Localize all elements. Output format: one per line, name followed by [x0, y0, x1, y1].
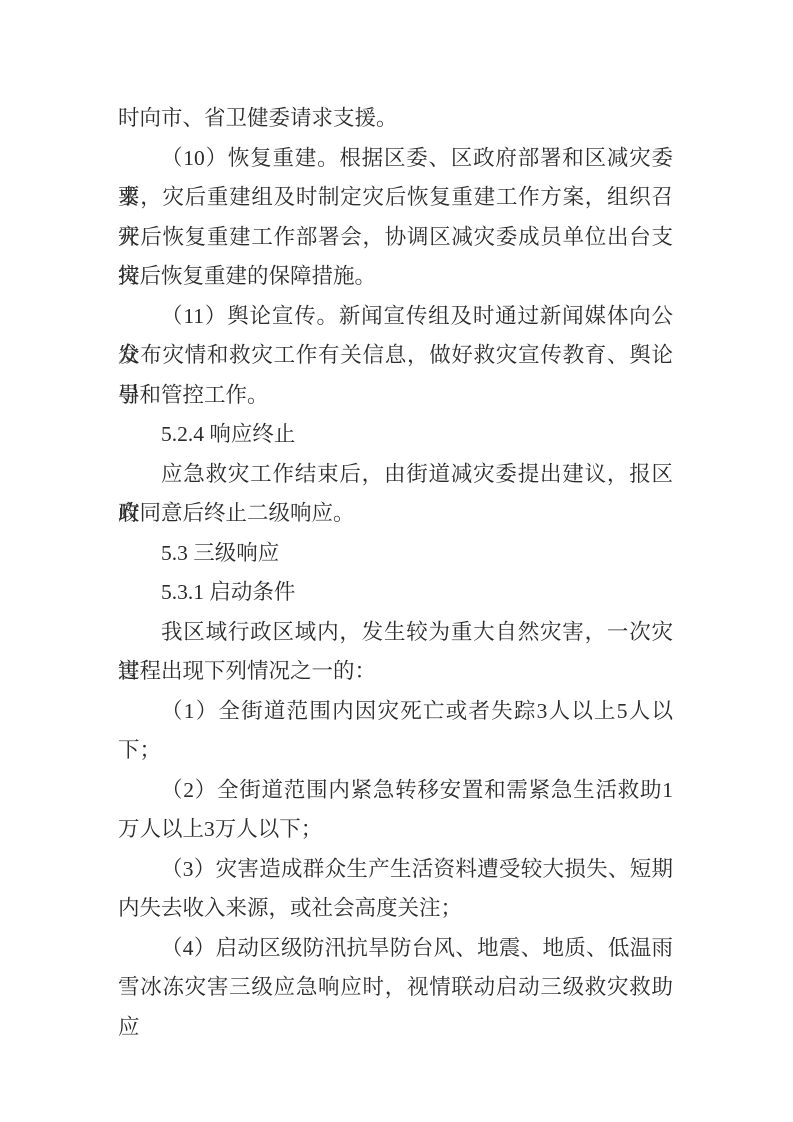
text-line: 过程出现下列情况之一的： — [118, 652, 673, 692]
text-line: （2）全街道范围内紧急转移安置和需紧急生活救助1 — [118, 771, 673, 811]
text-line: 5.3.1 启动条件 — [118, 573, 673, 613]
text-line: 灾后恢复重建的保障措施。 — [118, 257, 673, 297]
text-line: 府同意后终止二级响应。 — [118, 494, 673, 534]
text-line: 5.2.4 响应终止 — [118, 415, 673, 455]
text-line: 应急救灾工作结束后，由街道减灾委提出建议，报区政 — [118, 455, 673, 495]
text-line: 发布灾情和救灾工作有关信息，做好救灾宣传教育、舆论引 — [118, 336, 673, 376]
text-line: （11）舆论宣传。新闻宣传组及时通过新闻媒体向公众 — [118, 297, 673, 337]
document-text-block: 时向市、省卫健委请求支援。（10）恢复重建。根据区委、区政府部署和区减灾委要求，… — [118, 99, 673, 1008]
text-line: 下； — [118, 731, 673, 771]
text-line: 我区域行政区域内，发生较为重大自然灾害，一次灾害 — [118, 613, 673, 653]
document-page: 时向市、省卫健委请求支援。（10）恢复重建。根据区委、区政府部署和区减灾委要求，… — [0, 0, 793, 1122]
text-line: （3）灾害造成群众生产生活资料遭受较大损失、短期 — [118, 850, 673, 890]
text-line: 时向市、省卫健委请求支援。 — [118, 99, 673, 139]
text-line: 灾后恢复重建工作部署会，协调区减灾委成员单位出台支持 — [118, 218, 673, 258]
text-line: （10）恢复重建。根据区委、区政府部署和区减灾委要 — [118, 139, 673, 179]
text-line: 万人以上3万人以下； — [118, 810, 673, 850]
text-line: （1）全街道范围内因灾死亡或者失踪3人以上5人以 — [118, 692, 673, 732]
text-line: 5.3 三级响应 — [118, 534, 673, 574]
text-line: 导和管控工作。 — [118, 376, 673, 416]
text-line: （4）启动区级防汛抗旱防台风、地震、地质、低温雨 — [118, 929, 673, 969]
text-line: 雪冰冻灾害三级应急响应时，视情联动启动三级救灾救助应 — [118, 968, 673, 1008]
text-line: 求，灾后重建组及时制定灾后恢复重建工作方案，组织召开 — [118, 178, 673, 218]
text-line: 内失去收入来源，或社会高度关注； — [118, 889, 673, 929]
